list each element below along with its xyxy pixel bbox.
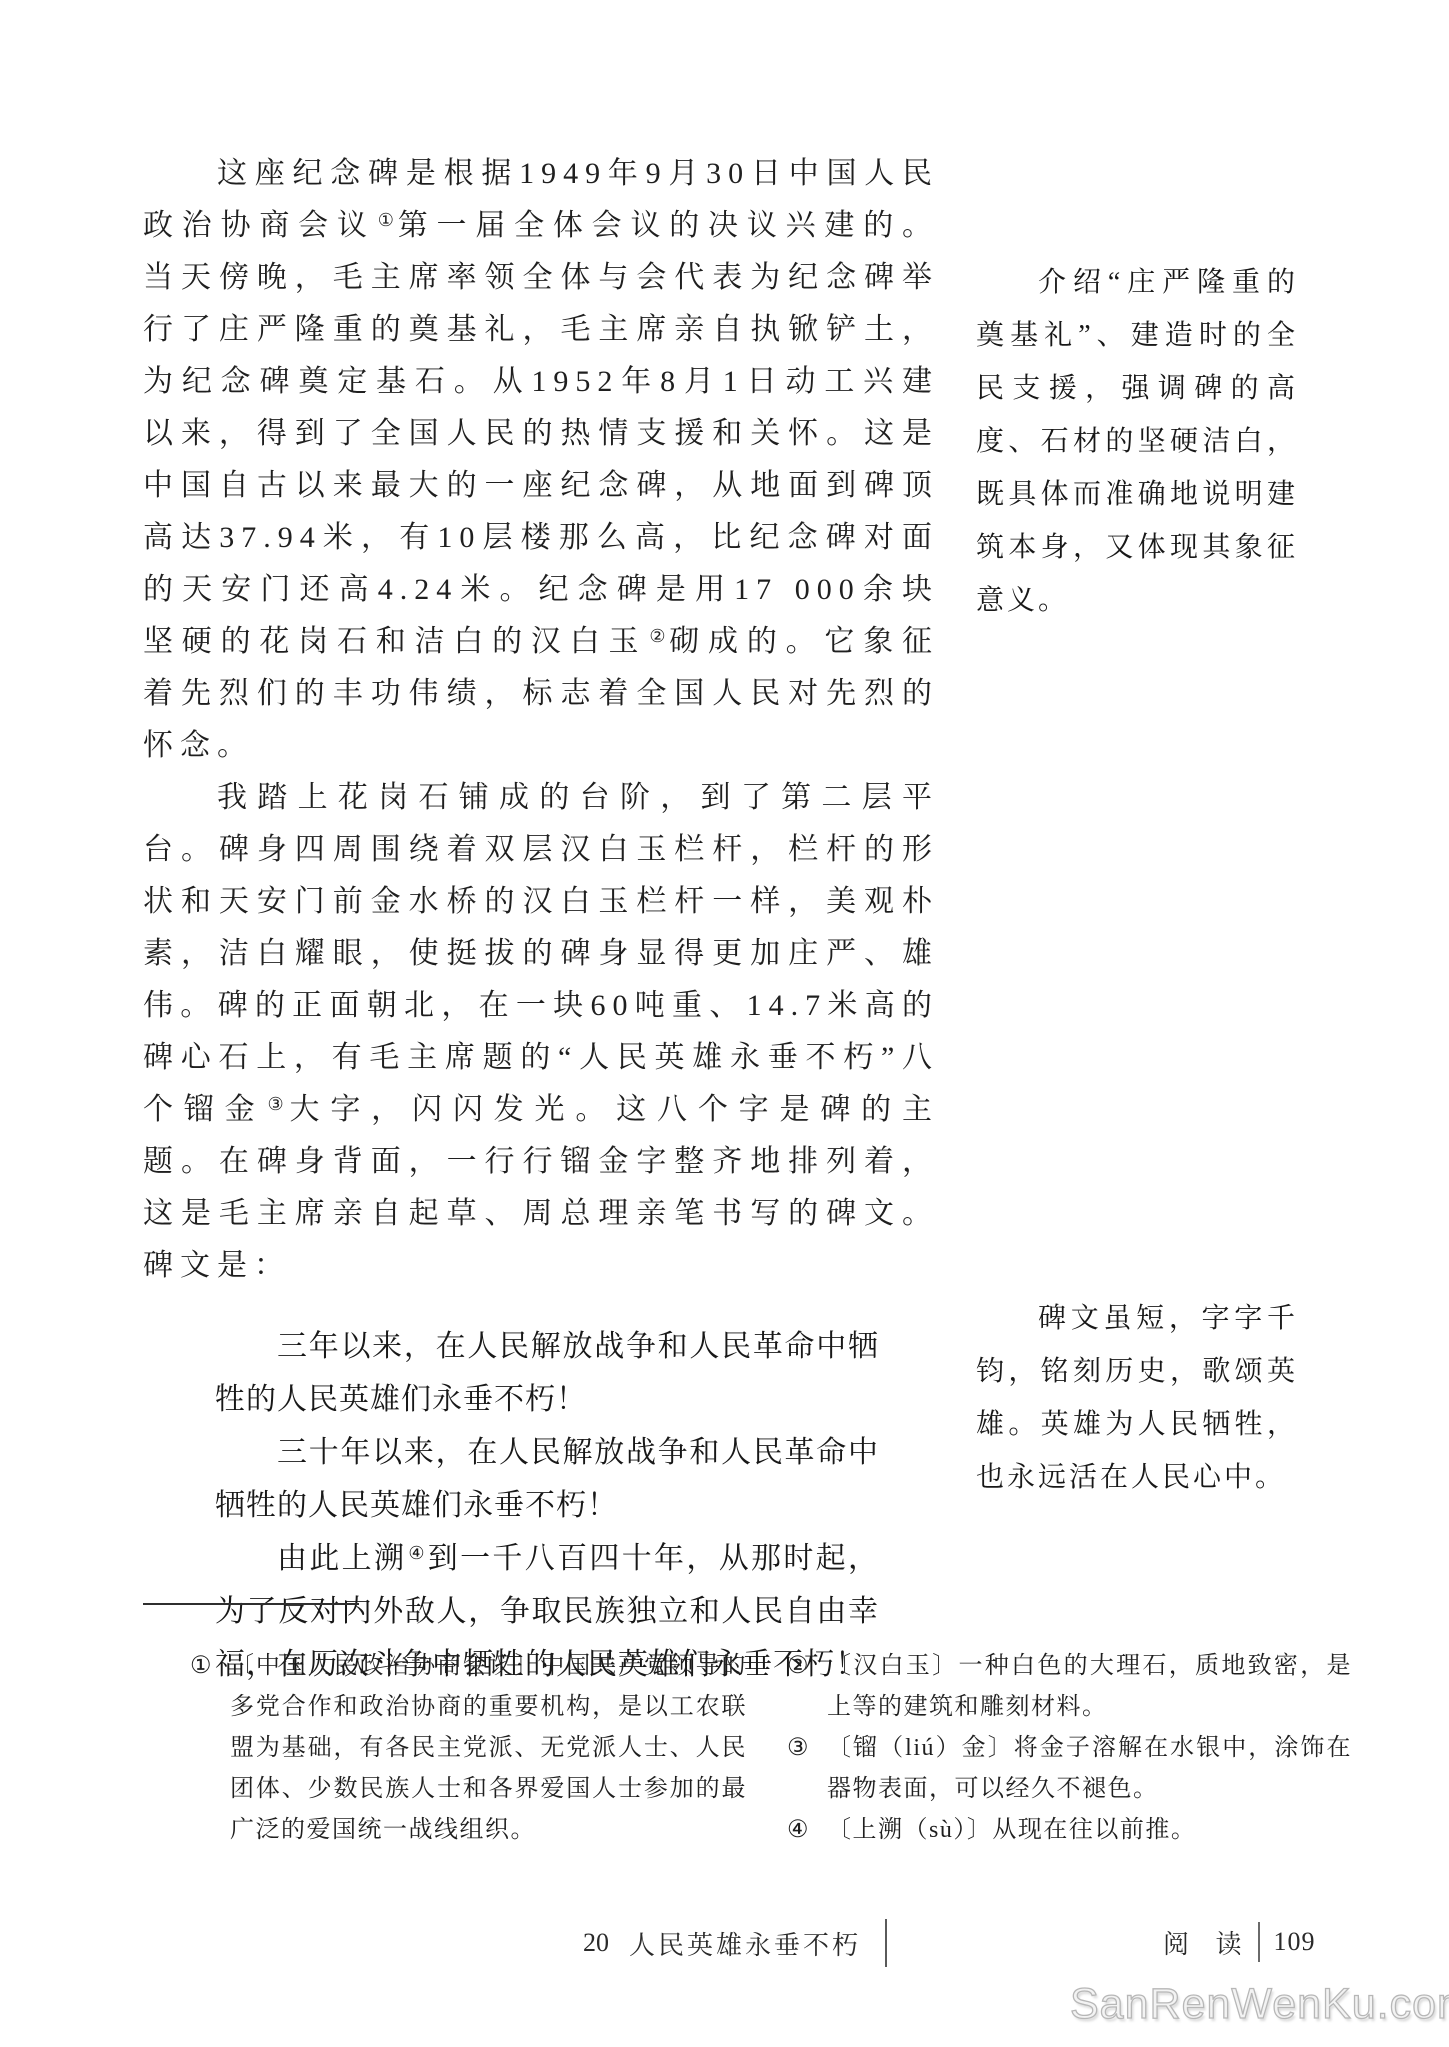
footnotes: ① 〔中国人民政治协商会议〕中国共产党领导的多党合作和政治协商的重要机构，是以工… bbox=[190, 1646, 1355, 1851]
lesson-number: 20 bbox=[583, 1928, 609, 1958]
footnote-cppcc: ① 〔中国人民政治协商会议〕中国共产党领导的多党合作和政治协商的重要机构，是以工… bbox=[190, 1646, 747, 1851]
footnote-marker: ③ bbox=[787, 1728, 809, 1769]
footnote-column-left: ① 〔中国人民政治协商会议〕中国共产党领导的多党合作和政治协商的重要机构，是以工… bbox=[190, 1646, 747, 1851]
footer-lesson: 20 人民英雄永垂不朽 bbox=[583, 1918, 887, 1968]
footnote-reference: ② bbox=[649, 626, 667, 646]
lesson-title: 人民英雄永垂不朽 bbox=[629, 1925, 861, 1962]
footnote-reference: ① bbox=[378, 210, 396, 230]
footnote-hanbaiyu: ② 〔汉白玉〕一种白色的大理石，质地致密，是上等的建筑和雕刻材料。 bbox=[787, 1646, 1352, 1728]
textbook-page: 这座纪念碑是根据1949年9月30日中国人民政治协商会议①第一届全体会议的决议兴… bbox=[0, 0, 1449, 2047]
main-text-column: 这座纪念碑是根据1949年9月30日中国人民政治协商会议①第一届全体会议的决议兴… bbox=[143, 148, 939, 1691]
watermark: SanRenWenKu.com bbox=[1070, 1980, 1449, 2029]
footnote-text: 〔中国人民政治协商会议〕中国共产党领导的多党合作和政治协商的重要机构，是以工农联… bbox=[230, 1653, 747, 1843]
footnote-reference: ③ bbox=[268, 1094, 288, 1114]
footnote-reference: ④ bbox=[408, 1543, 425, 1563]
footnote-column-right: ② 〔汉白玉〕一种白色的大理石，质地致密，是上等的建筑和雕刻材料。 ③ 〔镏（l… bbox=[787, 1646, 1352, 1851]
page-number: 109 bbox=[1274, 1927, 1316, 1957]
inscription-stanza-2: 三十年以来，在人民解放战争和人民革命中牺牲的人民英雄们永垂不朽！ bbox=[215, 1426, 879, 1532]
footnote-marker: ① bbox=[190, 1646, 212, 1687]
footer-section: 阅 读 109 bbox=[1163, 1920, 1316, 1964]
footnote-text: 〔上溯（sù）〕从现在往以前推。 bbox=[827, 1817, 1196, 1843]
footer-divider-bar bbox=[885, 1919, 887, 1967]
footnote-text: 〔汉白玉〕一种白色的大理石，质地致密，是上等的建筑和雕刻材料。 bbox=[827, 1653, 1352, 1720]
footnote-marker: ② bbox=[787, 1646, 809, 1687]
section-label: 阅 读 bbox=[1163, 1924, 1252, 1961]
footnote-divider bbox=[143, 1603, 359, 1605]
footnote-shangsu: ④ 〔上溯（sù）〕从现在往以前推。 bbox=[787, 1810, 1352, 1851]
monument-inscription-quote: 三年以来，在人民解放战争和人民革命中牺牲的人民英雄们永垂不朽！ 三十年以来，在人… bbox=[215, 1320, 879, 1691]
margin-note-inscription: 碑文虽短，字字千钧，铭刻历史，歌颂英雄。英雄为人民牺牲，也永远活在人民心中。 bbox=[976, 1292, 1298, 1504]
paragraph-monument-description: 我踏上花岗石铺成的台阶，到了第二层平台。碑身四周围绕着双层汉白玉栏杆，栏杆的形状… bbox=[143, 772, 939, 1292]
footnote-marker: ④ bbox=[787, 1810, 809, 1851]
footer-divider-bar bbox=[1258, 1922, 1260, 1962]
footnote-text: 〔镏（liú）金〕将金子溶解在水银中，涂饰在器物表面，可以经久不褪色。 bbox=[827, 1735, 1352, 1802]
paragraph-monument-history: 这座纪念碑是根据1949年9月30日中国人民政治协商会议①第一届全体会议的决议兴… bbox=[143, 148, 939, 772]
footnote-liujin: ③ 〔镏（liú）金〕将金子溶解在水银中，涂饰在器物表面，可以经久不褪色。 bbox=[787, 1728, 1352, 1810]
inscription-stanza-1: 三年以来，在人民解放战争和人民革命中牺牲的人民英雄们永垂不朽！ bbox=[215, 1320, 879, 1426]
margin-note-foundation: 介绍“庄严隆重的奠基礼”、建造时的全民支援，强调碑的高度、石材的坚硬洁白，既具体… bbox=[976, 256, 1298, 627]
